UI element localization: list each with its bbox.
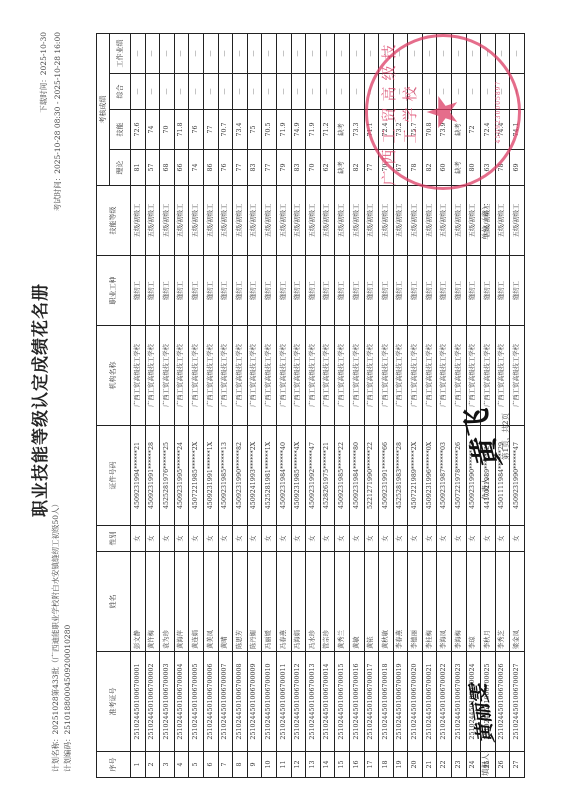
cell-gender: 女 xyxy=(160,526,175,552)
cell-level: 五级/初级工 xyxy=(131,186,146,256)
table-row: 52510244501006700005黄连娟女4507221985******… xyxy=(189,34,204,778)
cell-exam-id: 2510244501006700022 xyxy=(437,652,452,752)
cell-comprehensive: — xyxy=(247,74,262,110)
cell-performance: — xyxy=(247,34,262,74)
cell-comprehensive: — xyxy=(276,74,291,110)
cell-seq: 27 xyxy=(510,752,525,778)
cell-skill: 73.3 xyxy=(349,110,364,150)
cell-seq: 1 xyxy=(131,752,146,778)
cell-exam-id: 2510244501006700017 xyxy=(364,652,379,752)
cell-exam-id: 2510244501006700014 xyxy=(320,652,335,752)
cell-level: 五级/初级工 xyxy=(495,186,510,256)
cell-level: 五级/初级工 xyxy=(189,186,204,256)
cell-comprehensive: — xyxy=(203,74,218,110)
cell-comprehensive: — xyxy=(189,74,204,110)
cell-org: 广西工贸高级技工学校 xyxy=(393,326,408,426)
table-row: 42510244501006700004黄海萍女4509231995******… xyxy=(174,34,189,778)
cell-exam-id: 2510244501006700006 xyxy=(203,652,218,752)
cell-gender: 女 xyxy=(466,526,481,552)
cell-performance: — xyxy=(276,34,291,74)
col-occupation: 职业工种 xyxy=(97,256,131,326)
col-skill: 技能 xyxy=(110,110,131,150)
cell-id-no: 4509231996******0X xyxy=(422,426,437,526)
cell-exam-id: 2510244501006700020 xyxy=(408,652,423,752)
cell-id-no: 4509231992******47 xyxy=(306,426,321,526)
document-page: 职业技能等级认定成绩花名册 计划名称：20251028第433批（广西迪能职业学… xyxy=(0,0,566,800)
cell-org: 广西工贸高级技工学校 xyxy=(364,326,379,426)
cell-level: 五级/初级工 xyxy=(335,186,350,256)
cell-id-no: 4509231984******40 xyxy=(276,426,291,526)
cell-skill: 71.9 xyxy=(306,110,321,150)
cell-occupation: 缝纫工 xyxy=(349,256,364,326)
cell-performance: — xyxy=(131,34,146,74)
cell-occupation: 缝纫工 xyxy=(131,256,146,326)
cell-id-no: 4509231985******13 xyxy=(218,426,233,526)
cell-performance: — xyxy=(262,34,277,74)
cell-exam-id: 2510244501006700010 xyxy=(262,652,277,752)
col-performance: 工作业绩 xyxy=(110,34,131,74)
cell-exam-id: 2510244501006700018 xyxy=(379,652,394,752)
cell-seq: 19 xyxy=(393,752,408,778)
cell-name: 李海凤 xyxy=(437,552,452,652)
cell-gender: 女 xyxy=(247,526,262,552)
cell-level: 五级/初级工 xyxy=(247,186,262,256)
cell-org: 广西工贸高级技工学校 xyxy=(422,326,437,426)
table-row: 82510244501006700008陈思芳女4509231990******… xyxy=(233,34,248,778)
cell-gender: 女 xyxy=(218,526,233,552)
cell-gender: 女 xyxy=(276,526,291,552)
cell-id-no: 4509231987******03 xyxy=(437,426,452,526)
cell-performance: — xyxy=(306,34,321,74)
cell-id-no: 4507221985******2X xyxy=(189,426,204,526)
cell-seq: 10 xyxy=(262,752,277,778)
cell-id-no: 4507221989******2X xyxy=(408,426,423,526)
cell-id-no: 4509231985******4X xyxy=(291,426,306,526)
cell-gender: 女 xyxy=(131,526,146,552)
cell-theory: 74 xyxy=(189,150,204,186)
cell-occupation: 缝纫工 xyxy=(437,256,452,326)
cell-comprehensive: — xyxy=(218,74,233,110)
cell-level: 五级/初级工 xyxy=(437,186,452,256)
cell-skill: 71.9 xyxy=(276,110,291,150)
cell-occupation: 缝纫工 xyxy=(393,256,408,326)
cell-skill: 缺考 xyxy=(335,110,350,150)
cell-occupation: 缝纫工 xyxy=(218,256,233,326)
cell-name: 黄美凤 xyxy=(203,552,218,652)
cell-performance: — xyxy=(189,34,204,74)
cell-org: 广西工贸高级技工学校 xyxy=(291,326,306,426)
cell-exam-id: 2510244501006700008 xyxy=(233,652,248,752)
cell-occupation: 缝纫工 xyxy=(379,256,394,326)
cell-skill: 70.7 xyxy=(218,110,233,150)
cell-seq: 11 xyxy=(276,752,291,778)
cell-seq: 15 xyxy=(335,752,350,778)
cell-gender: 女 xyxy=(335,526,350,552)
cell-org: 广西工贸高级技工学校 xyxy=(437,326,452,426)
table-row: 152510244501006700015黄秀兰女4509231985*****… xyxy=(335,34,350,778)
cell-org: 广西工贸高级技工学校 xyxy=(349,326,364,426)
cell-id-no: 4528261975******21 xyxy=(320,426,335,526)
cell-level: 五级/初级工 xyxy=(291,186,306,256)
cell-exam-id: 2510244501006700007 xyxy=(218,652,233,752)
cell-gender: 女 xyxy=(495,526,510,552)
col-org: 机构名称 xyxy=(97,326,131,426)
cell-skill: 70 xyxy=(160,110,175,150)
cell-name: 黄连娟 xyxy=(189,552,204,652)
cell-seq: 6 xyxy=(203,752,218,778)
cell-seq: 16 xyxy=(349,752,364,778)
cell-theory: 68 xyxy=(160,150,175,186)
cell-name: 陈思芳 xyxy=(233,552,248,652)
cell-name: 梁金凤 xyxy=(510,552,525,652)
cell-occupation: 缝纫工 xyxy=(335,256,350,326)
cell-gender: 女 xyxy=(306,526,321,552)
cell-gender: 女 xyxy=(189,526,204,552)
cell-org: 广西工贸高级技工学校 xyxy=(379,326,394,426)
cell-comprehensive: — xyxy=(349,74,364,110)
cell-gender: 女 xyxy=(174,526,189,552)
cell-gender: 女 xyxy=(408,526,423,552)
cell-gender: 女 xyxy=(320,526,335,552)
cell-theory: 66 xyxy=(174,150,189,186)
cell-org: 广西工贸高级技工学校 xyxy=(233,326,248,426)
cell-performance: — xyxy=(160,34,175,74)
cell-occupation: 缝纫工 xyxy=(276,256,291,326)
cell-gender: 女 xyxy=(422,526,437,552)
cell-theory: 77 xyxy=(262,150,277,186)
cell-exam-id: 2510244501006700019 xyxy=(393,652,408,752)
cell-exam-id: 2510244501006700009 xyxy=(247,652,262,752)
cell-id-no: 4509231991******66 xyxy=(379,426,394,526)
cell-occupation: 缝纫工 xyxy=(233,256,248,326)
cell-id-no: 4509231990******82 xyxy=(233,426,248,526)
cell-occupation: 缝纫工 xyxy=(291,256,306,326)
leader-label: 负责人： xyxy=(480,470,491,500)
cell-seq: 24 xyxy=(466,752,481,778)
cell-performance: — xyxy=(335,34,350,74)
table-row: 32510244501006700003袁为珍女4525281976******… xyxy=(160,34,175,778)
cell-performance: — xyxy=(291,34,306,74)
cell-name: 冯丽媛 xyxy=(262,552,277,652)
cell-org: 广西工贸高级技工学校 xyxy=(495,326,510,426)
cell-level: 五级/初级工 xyxy=(510,186,525,256)
cell-org: 广西工贸高级技工学校 xyxy=(145,326,160,426)
col-scores-group: 考核成绩 xyxy=(97,34,110,186)
cell-level: 五级/初级工 xyxy=(349,186,364,256)
cell-seq: 21 xyxy=(422,752,437,778)
table-row: 72510244501006700007黄晴女4509231985******1… xyxy=(218,34,233,778)
cell-theory: 77 xyxy=(233,150,248,186)
cell-theory: 81 xyxy=(131,150,146,186)
cell-skill: 70.5 xyxy=(262,110,277,150)
cell-gender: 女 xyxy=(379,526,394,552)
cell-comprehensive: — xyxy=(174,74,189,110)
cell-name: 陈丹媚 xyxy=(247,552,262,652)
cell-gender: 女 xyxy=(452,526,467,552)
cell-name: 黄秀兰 xyxy=(335,552,350,652)
cell-occupation: 缝纫工 xyxy=(247,256,262,326)
cell-occupation: 缝纫工 xyxy=(203,256,218,326)
cell-gender: 女 xyxy=(510,526,525,552)
cell-gender: 女 xyxy=(262,526,277,552)
table-row: 22510244501006700002黄许梅女4509231991******… xyxy=(145,34,160,778)
cell-level: 五级/初级工 xyxy=(145,186,160,256)
table-row: 142510244501006700014管宗珍女4528261975*****… xyxy=(320,34,335,778)
cell-seq: 3 xyxy=(160,752,175,778)
cell-theory: 83 xyxy=(247,150,262,186)
cell-occupation: 缝纫工 xyxy=(189,256,204,326)
cell-performance: — xyxy=(320,34,335,74)
cell-exam-id: 2510244501006700003 xyxy=(160,652,175,752)
cell-name: 李桂梅 xyxy=(422,552,437,652)
cell-seq: 22 xyxy=(437,752,452,778)
filler-label: 填报人： xyxy=(480,746,491,776)
cell-performance: — xyxy=(510,34,525,74)
cell-org: 广西工贸高级技工学校 xyxy=(174,326,189,426)
cell-level: 五级/初级工 xyxy=(306,186,321,256)
col-comprehensive: 综合 xyxy=(110,74,131,110)
cell-exam-id: 2510244501006700015 xyxy=(335,652,350,752)
cell-id-no: 4509231991******1X xyxy=(203,426,218,526)
table-row: 102510244501006700010冯丽媛女4525281981*****… xyxy=(262,34,277,778)
cell-id-no: 4509241993******2X xyxy=(247,426,262,526)
table-row: 132510244501006700013冯水珍女4509231992*****… xyxy=(306,34,321,778)
cell-org: 广西工贸高级技工学校 xyxy=(247,326,262,426)
cell-level: 五级/初级工 xyxy=(276,186,291,256)
cell-seq: 14 xyxy=(320,752,335,778)
col-level: 技能等级 xyxy=(97,186,131,256)
cell-occupation: 缝纫工 xyxy=(466,256,481,326)
page-info: 第1页，共2页 xyxy=(500,413,511,460)
cell-name: 李秀芝 xyxy=(495,552,510,652)
cell-level: 五级/初级工 xyxy=(466,186,481,256)
cell-name: 李琼 xyxy=(466,552,481,652)
cell-seq: 4 xyxy=(174,752,189,778)
cell-name: 黄秋敏 xyxy=(379,552,394,652)
cell-exam-id: 2510244501006700001 xyxy=(131,652,146,752)
cell-theory: 77 xyxy=(364,150,379,186)
cell-level: 五级/初级工 xyxy=(393,186,408,256)
cell-name: 黄海萍 xyxy=(174,552,189,652)
cell-org: 广西工贸高级技工学校 xyxy=(452,326,467,426)
cell-performance: — xyxy=(203,34,218,74)
cell-org: 广西工贸高级技工学校 xyxy=(320,326,335,426)
cell-exam-id: 2510244501006700027 xyxy=(510,652,525,752)
cell-seq: 5 xyxy=(189,752,204,778)
col-gender: 性别 xyxy=(97,526,131,552)
cell-theory: 62 xyxy=(320,150,335,186)
cell-performance: — xyxy=(145,34,160,74)
cell-seq: 8 xyxy=(233,752,248,778)
cell-occupation: 缝纫工 xyxy=(262,256,277,326)
cell-level: 五级/初级工 xyxy=(262,186,277,256)
cell-skill: 77 xyxy=(203,110,218,150)
cell-level: 五级/初级工 xyxy=(408,186,423,256)
plan-code: 计划编码：25101880004509200010280 xyxy=(62,625,73,772)
cell-name: 李春燕 xyxy=(393,552,408,652)
cell-occupation: 缝纫工 xyxy=(306,256,321,326)
cell-gender: 女 xyxy=(481,526,496,552)
cell-level: 五级/初级工 xyxy=(203,186,218,256)
cell-comprehensive: — xyxy=(320,74,335,110)
cell-skill: 71.2 xyxy=(320,110,335,150)
cell-seq: 20 xyxy=(408,752,423,778)
cell-gender: 女 xyxy=(393,526,408,552)
cell-theory: 82 xyxy=(349,150,364,186)
cell-name: 李海梅 xyxy=(452,552,467,652)
cell-comprehensive: — xyxy=(160,74,175,110)
col-name: 姓名 xyxy=(97,552,131,652)
cell-theory: 76 xyxy=(218,150,233,186)
cell-comprehensive: — xyxy=(131,74,146,110)
cell-occupation: 缝纫工 xyxy=(174,256,189,326)
cell-name: 黄晴 xyxy=(218,552,233,652)
cell-name: 袁为珍 xyxy=(160,552,175,652)
cell-skill: 71.8 xyxy=(174,110,189,150)
cell-seq: 23 xyxy=(452,752,467,778)
cell-theory: 57 xyxy=(145,150,160,186)
cell-name: 李秋月 xyxy=(481,552,496,652)
col-seq: 序号 xyxy=(97,752,131,778)
col-theory: 理论 xyxy=(110,150,131,186)
cell-name: 冯春燕 xyxy=(276,552,291,652)
cell-org: 广西工贸高级技工学校 xyxy=(262,326,277,426)
cell-id-no: 4525281983******28 xyxy=(393,426,408,526)
cell-gender: 女 xyxy=(349,526,364,552)
cell-org: 广西工贸高级技工学校 xyxy=(510,326,525,426)
cell-occupation: 缝纫工 xyxy=(408,256,423,326)
cell-performance: — xyxy=(174,34,189,74)
cell-org: 广西工贸高级技工学校 xyxy=(306,326,321,426)
cell-exam-id: 2510244501006700011 xyxy=(276,652,291,752)
cell-occupation: 缝纫工 xyxy=(510,256,525,326)
cell-id-no: 4509231991******28 xyxy=(145,426,160,526)
cell-exam-id: 2510244501006700021 xyxy=(422,652,437,752)
cell-performance: — xyxy=(218,34,233,74)
official-seal: 广西工贸高级技工学校 ★ 4509230005897 xyxy=(365,34,521,190)
cell-theory: 缺考 xyxy=(335,150,350,186)
table-row: 12510244501006700001彭文静女4509231994******… xyxy=(131,34,146,778)
cell-skill: 72.6 xyxy=(131,110,146,150)
cell-seq: 7 xyxy=(218,752,233,778)
cell-id-no: 4509231994******21 xyxy=(131,426,146,526)
cell-org: 广西工贸高级技工学校 xyxy=(276,326,291,426)
cell-org: 广西工贸高级技工学校 xyxy=(131,326,146,426)
cell-gender: 女 xyxy=(437,526,452,552)
cell-comprehensive: — xyxy=(233,74,248,110)
cell-exam-id: 2510244501006700013 xyxy=(306,652,321,752)
cell-occupation: 缝纫工 xyxy=(452,256,467,326)
cell-exam-id: 2510244501006700004 xyxy=(174,652,189,752)
cell-level: 五级/初级工 xyxy=(364,186,379,256)
cell-performance: — xyxy=(233,34,248,74)
cell-name: 黄敏 xyxy=(349,552,364,652)
cell-skill: 75 xyxy=(247,110,262,150)
cell-name: 管宗珍 xyxy=(320,552,335,652)
col-id-no: 证件号码 xyxy=(97,426,131,526)
cell-org: 广西工贸高级技工学校 xyxy=(189,326,204,426)
star-icon: ★ xyxy=(422,93,464,131)
cell-occupation: 缝纫工 xyxy=(422,256,437,326)
table-row: 62510244501006700006黄美凤女4509231991******… xyxy=(203,34,218,778)
cell-occupation: 缝纫工 xyxy=(364,256,379,326)
cell-id-no: 4509231984******80 xyxy=(349,426,364,526)
cell-comprehensive: — xyxy=(291,74,306,110)
cell-level: 五级/初级工 xyxy=(233,186,248,256)
cell-skill: 76 xyxy=(189,110,204,150)
cell-level: 五级/初级工 xyxy=(160,186,175,256)
cell-org: 广西工贸高级技工学校 xyxy=(160,326,175,426)
cell-name: 冯海娟 xyxy=(291,552,306,652)
cell-occupation: 缝纫工 xyxy=(495,256,510,326)
table-row: 122510244501006700012冯海娟女4509231985*****… xyxy=(291,34,306,778)
cell-comprehensive: — xyxy=(145,74,160,110)
cell-name: 黄许梅 xyxy=(145,552,160,652)
cell-seq: 9 xyxy=(247,752,262,778)
cell-performance: — xyxy=(364,34,379,74)
cell-theory: 83 xyxy=(291,150,306,186)
cell-id-no: 4509231985******22 xyxy=(335,426,350,526)
cell-occupation: 缝纫工 xyxy=(160,256,175,326)
cell-name: 黄铱 xyxy=(364,552,379,652)
cell-level: 五级/初级工 xyxy=(452,186,467,256)
cell-id-no: 4525281976******25 xyxy=(160,426,175,526)
cell-skill: 73.4 xyxy=(233,110,248,150)
cell-org: 广西工贸高级技工学校 xyxy=(408,326,423,426)
cell-org: 广西工贸高级技工学校 xyxy=(203,326,218,426)
table-row: 92510244501006700009陈丹媚女4509241993******… xyxy=(247,34,262,778)
cell-seq: 26 xyxy=(495,752,510,778)
cell-comprehensive: — xyxy=(335,74,350,110)
cell-level: 五级/初级工 xyxy=(320,186,335,256)
cell-org: 广西工贸高级技工学校 xyxy=(335,326,350,426)
cell-seq: 2 xyxy=(145,752,160,778)
cell-name: 李德丽 xyxy=(408,552,423,652)
cell-gender: 女 xyxy=(145,526,160,552)
cell-exam-id: 2510244501006700012 xyxy=(291,652,306,752)
cell-occupation: 缝纫工 xyxy=(145,256,160,326)
cell-performance: — xyxy=(349,34,364,74)
cell-org: 广西工贸高级技工学校 xyxy=(218,326,233,426)
cell-seq: 13 xyxy=(306,752,321,778)
plan-name: 计划名称：20251028第433批（广西迪能职业学校附白水安镇缝纫工初级50人… xyxy=(50,500,61,772)
cell-theory: 79 xyxy=(276,150,291,186)
cell-name: 冯水珍 xyxy=(306,552,321,652)
cell-gender: 女 xyxy=(203,526,218,552)
cell-id-no: 4525281981******1X xyxy=(262,426,277,526)
cell-id-no: 4509231995******24 xyxy=(174,426,189,526)
cell-theory: 69 xyxy=(510,150,525,186)
cell-gender: 女 xyxy=(291,526,306,552)
cell-comprehensive: — xyxy=(306,74,321,110)
cell-theory: 86 xyxy=(203,150,218,186)
col-exam-id: 准考证号 xyxy=(97,652,131,752)
cell-exam-id: 2510244501006700002 xyxy=(145,652,160,752)
cell-comprehensive: — xyxy=(262,74,277,110)
seal-code: 4509230005897 xyxy=(495,37,502,187)
cell-level: 五级/初级工 xyxy=(379,186,394,256)
cell-gender: 女 xyxy=(364,526,379,552)
seal-text: 广西工贸高级技工学校 xyxy=(378,37,420,187)
cell-id-no: 4509231990******47 xyxy=(510,426,525,526)
cell-id-no: 5221271990******22 xyxy=(364,426,379,526)
cell-theory: 70 xyxy=(306,150,321,186)
cell-exam-id: 2510244501006700016 xyxy=(349,652,364,752)
table-row: 112510244501006700011冯春燕女4509231984*****… xyxy=(276,34,291,778)
cell-level: 五级/初级工 xyxy=(218,186,233,256)
cell-skill: 74 xyxy=(145,110,160,150)
cell-level: 五级/初级工 xyxy=(422,186,437,256)
